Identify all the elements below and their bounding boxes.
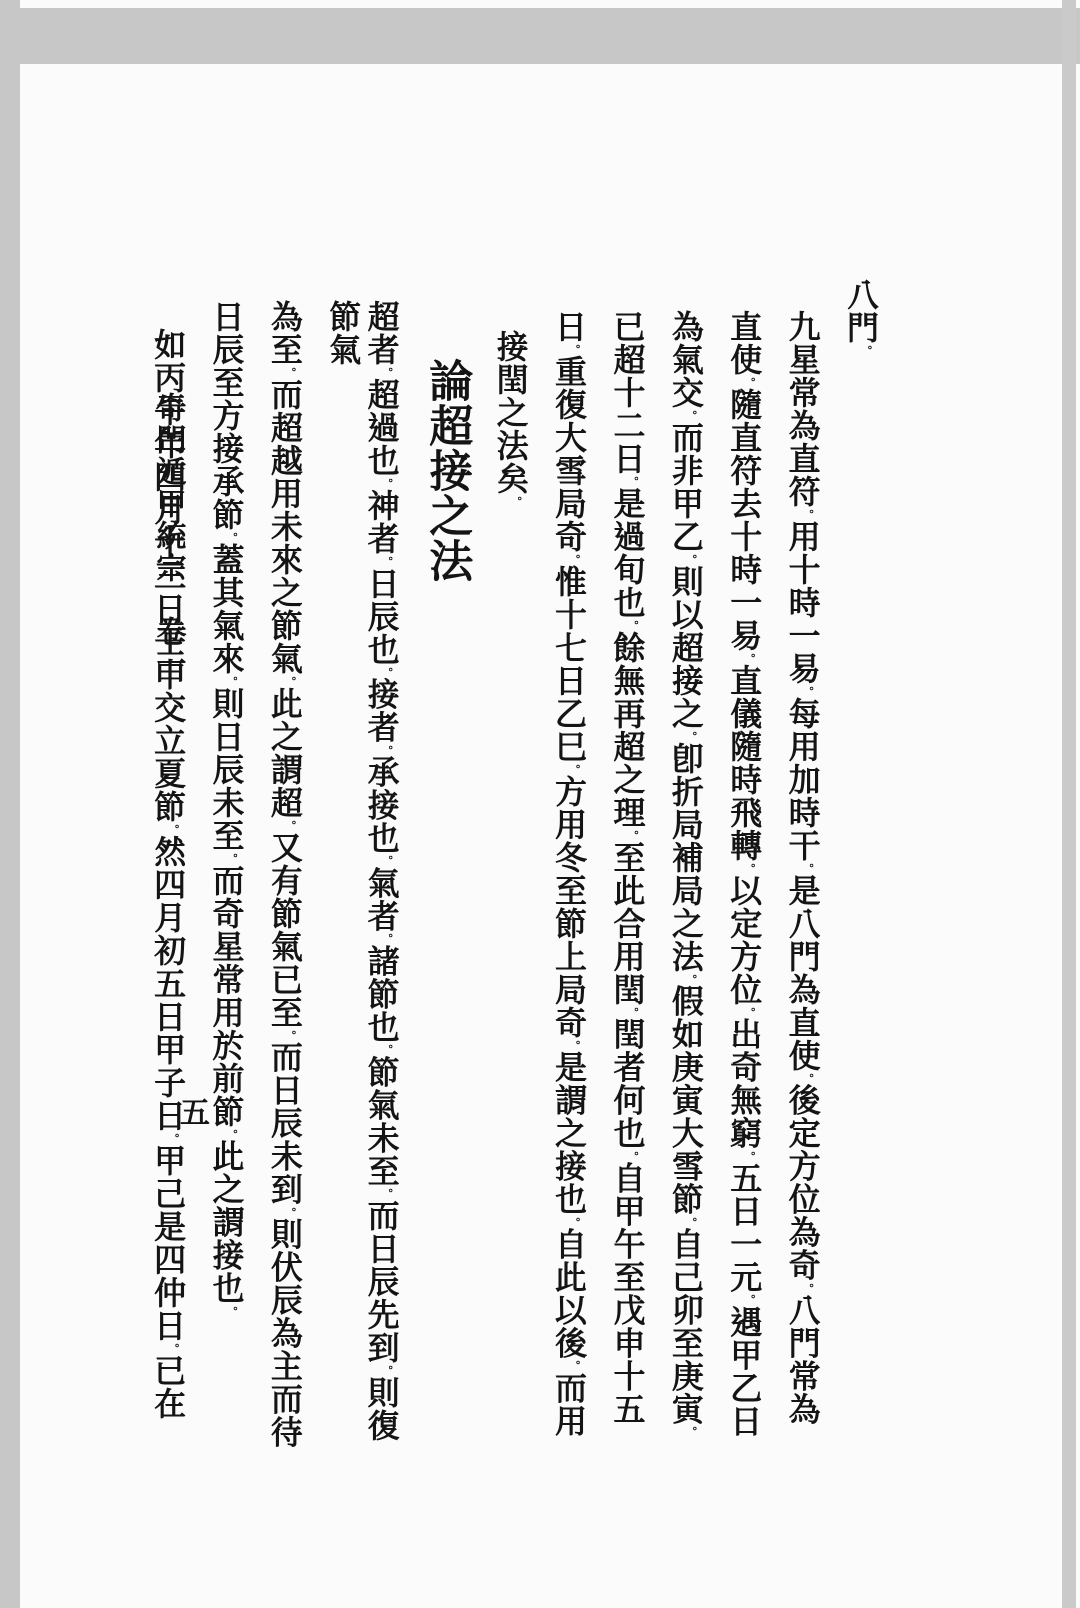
body-column-3: 為氣交。而非甲乙。則以超接之。卽折局補局之法。假如庚寅大雪節。自己卯至庚寅。: [666, 278, 704, 1458]
running-book-title: 奇門遁甲統宗 卷一: [150, 392, 185, 680]
body-column-2: 直使。隨直符去十時一易。直儀隨時飛轉。以定方位。出奇無窮。五日一元。遇甲乙日: [725, 278, 763, 1458]
main-text-block: 八門。 九星常為直符。用十時一易。每用加時干。是八門為直使。後定方位為奇。八門常…: [129, 278, 880, 1458]
scan-edge-left: [0, 0, 20, 1608]
body-column-7: 超者。超過也。神者。日辰也。接者。承接也。氣者。諸節也。節氣未至。而日辰先到。則…: [324, 278, 401, 1458]
body-column-6-closing-line: 接閏之法矣。: [491, 278, 529, 1458]
body-column-4: 已超十二日。是過旬也。餘無再超之理。至此合用閏。閏者何也。自甲午至戊申十五: [608, 278, 646, 1458]
body-column-8: 為至。而超越用未來之節氣。此之謂超。又有節氣已至。而日辰未到。則伏辰為主而待: [266, 278, 304, 1458]
section-heading-on-chao-jie-method: 論超接之法: [421, 278, 472, 1458]
scan-edge-top: [0, 8, 1080, 64]
scan-edge-right: [1062, 0, 1076, 1608]
body-column-1: 九星常為直符。用十時一易。每用加時干。是八門為直使。後定方位為奇。八門常為: [783, 278, 821, 1458]
folio-page-number: 五: [180, 1088, 210, 1132]
subheading-eight-gates: 八門。: [842, 278, 880, 1458]
body-column-9: 日辰至方接承節。蓋其氣來。則日辰未至。而奇星常用於前節。此之謂接也。: [207, 278, 245, 1458]
body-column-5: 日。重復大雪局奇。惟十七日乙巳。方用冬至節上局奇。是謂之接也。自此以後。而用: [550, 278, 588, 1458]
